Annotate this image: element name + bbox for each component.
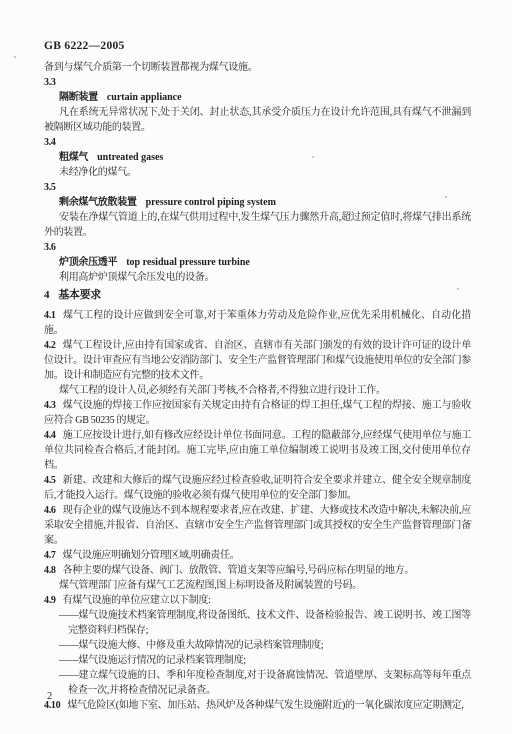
clause-text: 煤气工程的设计应做到安全可靠,对于笨重体力劳动及危险作业,应优先采用机械化、自动… [44, 310, 471, 336]
clause-text: 现有企业的煤气设施达不到本规程要求者,应在改建、扩建、大修或技术改造中解决,未解… [44, 505, 471, 546]
clause-4-4: 4.4施工应按设计进行,如有修改应经设计单位书面同意。工程的隐蔽部分,应经煤气使… [44, 428, 471, 473]
term-entry-3-3: 3.3 隔断装置curtain appliance 凡在系统无异常状况下,处于关… [44, 75, 471, 135]
scan-speck [445, 196, 447, 198]
clause-text: 煤气工程设计,应由持有国家或省、自治区、直辖市有关部门颁发的有效的设计许可证的设… [44, 340, 471, 381]
term-number: 3.6 [44, 240, 471, 255]
section-number: 4 [44, 289, 49, 301]
term-definition: 凡在系统无异常状况下,处于关闭、封止状态,其承受介质压力在设计允许范围,具有煤气… [44, 105, 471, 135]
clause-number: 4.4 [44, 430, 63, 441]
clause-text: 有煤气设施的单位应建立以下制度: [63, 595, 211, 606]
term-name: 炉顶余压透平top residual pressure turbine [44, 255, 471, 270]
term-name-zh: 隔断装置 [59, 92, 98, 103]
clause-number: 4.9 [44, 595, 63, 606]
clause-4-1: 4.1煤气工程的设计应做到安全可靠,对于笨重体力劳动及危险作业,应优先采用机械化… [44, 308, 471, 338]
scan-speck [312, 156, 314, 158]
clause-number: 4.7 [44, 550, 63, 561]
term-name-en: pressure control piping system [146, 197, 276, 208]
clause-number: 4.2 [44, 340, 63, 351]
term-definition: 利用高炉炉顶煤气余压发电的设备。 [44, 270, 471, 285]
term-number: 3.3 [44, 75, 471, 90]
section-title: 基本要求 [58, 289, 101, 301]
term-number: 3.4 [44, 135, 471, 150]
scan-speck [14, 56, 16, 58]
term-definition: 未经净化的煤气。 [44, 165, 471, 180]
clause-4-5: 4.5新建、改建和大修后的煤气设施应经过检查验收,证明符合安全要求并建立、健全安… [44, 473, 471, 503]
clause-number: 4.1 [44, 310, 63, 321]
section-heading: 4基本要求 [44, 288, 471, 303]
clause-4-2-extra-paragraph: 煤气工程的设计人员,必须经有关部门考核,不合格者,不得独立进行设计工作。 [44, 383, 471, 398]
standard-code: GB 6222—2005 [44, 40, 125, 52]
clause-4-3: 4.3煤气设施的焊接工作应按国家有关规定由持有合格证的焊工担任,煤气工程的焊接、… [44, 398, 471, 428]
term-name-zh: 粗煤气 [59, 152, 88, 163]
term-name: 剩余煤气放散装置pressure control piping system [44, 195, 471, 210]
continuation-paragraph: 备到与煤气介质第一个切断装置都视为煤气设施。 [44, 60, 471, 75]
term-definition: 安装在净煤气管道上的,在煤气供用过程中,发生煤气压力骤然升高,超过预定值时,将煤… [44, 210, 471, 240]
clause-number: 4.5 [44, 475, 63, 486]
term-name-zh: 炉顶余压透平 [59, 257, 117, 268]
clause-4-7: 4.7煤气设施应明确划分管理区域,明确责任。 [44, 548, 471, 563]
clause-number: 4.8 [44, 565, 63, 576]
clause-4-9: 4.9有煤气设施的单位应建立以下制度: [44, 593, 471, 608]
clause-text: 各种主要的煤气设备、阀门、放散管、管道支架等应编号,号码应标在明显的地方。 [63, 565, 414, 576]
clause-4-8-extra-paragraph: 煤气管理部门应备有煤气工艺流程图,图上标明设备及附属装置的号码。 [44, 578, 471, 593]
term-name: 粗煤气untreated gases [44, 150, 471, 165]
clause-number: 4.3 [44, 400, 63, 411]
clause-text: 施工应按设计进行,如有修改应经设计单位书面同意。工程的隐蔽部分,应经煤气使用单位… [44, 430, 471, 471]
clause-4-9-list-item-2: ——煤气设施大修、中修及重大故障情况的记录档案管理制度; [44, 638, 471, 653]
scan-speck [457, 288, 459, 290]
clause-text: 新建、改建和大修后的煤气设施应经过检查验收,证明符合安全要求并建立、健全安全规章… [44, 475, 471, 501]
term-entry-3-4: 3.4 粗煤气untreated gases 未经净化的煤气。 [44, 135, 471, 180]
clause-text: 煤气危险区(如地下室、加压站、热风炉及各种煤气发生设施附近)的一氧化碳浓度应定期… [67, 700, 463, 711]
term-name-en: curtain appliance [107, 92, 182, 103]
term-name-zh: 剩余煤气放散装置 [59, 197, 137, 208]
clause-4-2: 4.2煤气工程设计,应由持有国家或省、自治区、直辖市有关部门颁发的有效的设计许可… [44, 338, 471, 383]
clause-text: 煤气设施的焊接工作应按国家有关规定由持有合格证的焊工担任,煤气工程的焊接、施工与… [44, 400, 471, 426]
clause-4-6: 4.6现有企业的煤气设施达不到本规程要求者,应在改建、扩建、大修或技术改造中解决… [44, 503, 471, 548]
clause-4-9-list-item-3: ——煤气设施运行情况的记录档案管理制度; [44, 653, 471, 668]
term-entry-3-5: 3.5 剩余煤气放散装置pressure control piping syst… [44, 180, 471, 240]
document-body: 备到与煤气介质第一个切断装置都视为煤气设施。 3.3 隔断装置curtain a… [44, 60, 471, 713]
clause-4-9-list-item-1: ——煤气设施技术档案管理制度,将设备图纸、技术文件、设备检验报告、竣工说明书、竣… [44, 608, 471, 638]
clause-4-8: 4.8各种主要的煤气设备、阀门、放散管、管道支架等应编号,号码应标在明显的地方。 [44, 563, 471, 578]
clause-number: 4.6 [44, 505, 63, 516]
term-name-en: untreated gases [97, 152, 163, 163]
clause-4-10: 4.10煤气危险区(如地下室、加压站、热风炉及各种煤气发生设施附近)的一氧化碳浓… [44, 698, 471, 713]
term-name: 隔断装置curtain appliance [44, 90, 471, 105]
clause-text: 煤气设施应明确划分管理区域,明确责任。 [63, 550, 240, 561]
term-name-en: top residual pressure turbine [126, 257, 250, 268]
scan-speck [470, 520, 472, 522]
page-number: 2 [47, 691, 52, 702]
document-page: GB 6222—2005 备到与煤气介质第一个切断装置都视为煤气设施。 3.3 … [0, 0, 512, 734]
term-number: 3.5 [44, 180, 471, 195]
term-entry-3-6: 3.6 炉顶余压透平top residual pressure turbine … [44, 240, 471, 285]
clause-4-9-list-item-4: ——建立煤气设施的日、季和年度检查制度,对于设备腐蚀情况、管道壁厚、支架标高等每… [44, 668, 471, 698]
